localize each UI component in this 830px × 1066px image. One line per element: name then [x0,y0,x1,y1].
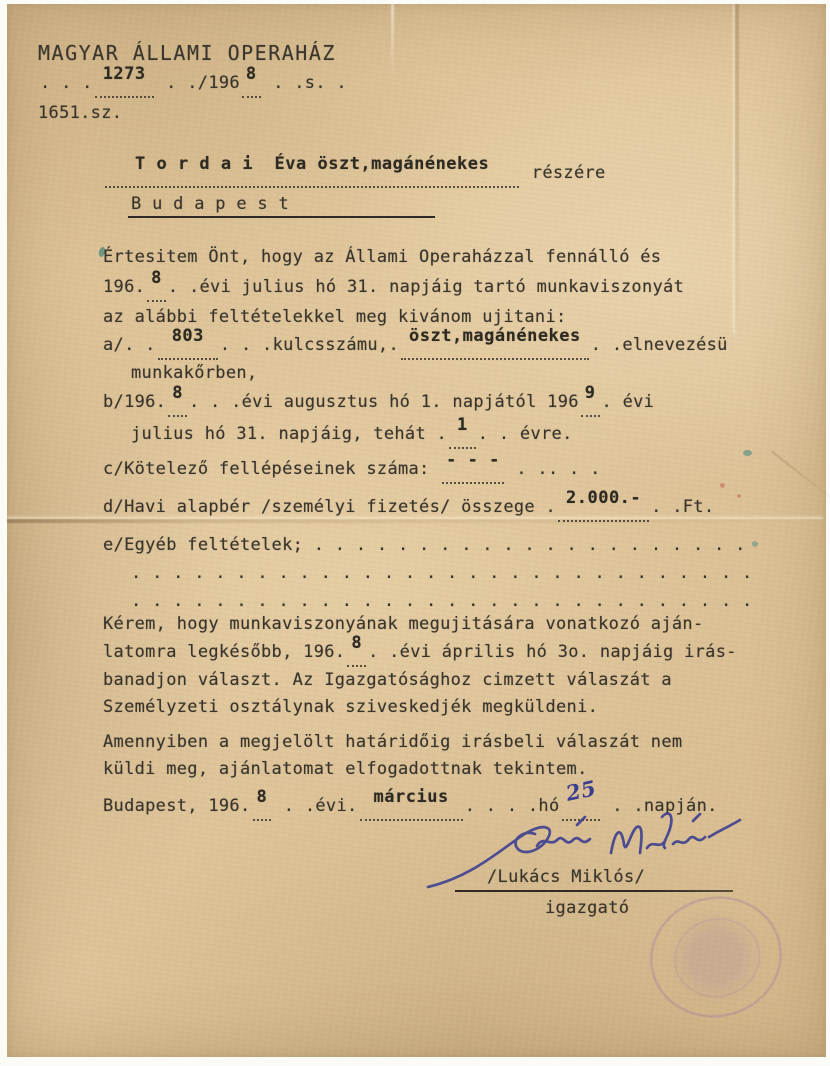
addressee-name: T o r d a i Éva öszt,magánénekes [135,151,489,177]
intro-line-2: 196.8. .évi julius hó 31. napjáig tartó … [103,274,684,302]
dots: . . . [40,73,93,93]
year-digit-fill: 8 [147,274,166,302]
reference-number-fill: 1273 [95,70,154,98]
ref-tail: . .s. . [263,73,347,93]
request-line-3: banadjon választ. Az Igazgatósághoz cimz… [103,667,672,693]
ref-year-prefix: /196 [198,73,240,93]
item-a-line-2: munkakőrben, [131,360,257,386]
typed-signature-name: /Lukács Miklós/ [487,864,645,890]
city-underline [128,216,435,218]
reference-number-line: . . .1273 . ./1968 . .s. . [40,70,347,98]
dots: . . [156,73,198,93]
year-digit-fill: 8 [347,639,366,667]
signature-underline [455,890,733,892]
performances-fill: - - - [442,456,504,484]
years-count-fill: 1 [449,421,476,449]
signature-title: igazgató [545,895,629,921]
dots: . . . . . . . . . . . . . . . . . . . . … [314,535,746,555]
item-d-line: d/Havi alapbér /személyi fizetés/ összeg… [103,494,714,522]
dotted-row: . . . . . . . . . . . . . . . . . . . . … [131,560,753,586]
notice-line-1: Amennyiben a megjelölt határidőig irásbe… [103,729,682,755]
year-digit-fill: 8 [253,793,272,821]
request-line-1: Kérem, hogy munkaviszonyának megujitásár… [103,611,704,637]
round-stamp-inner-ring [666,909,769,1006]
addressee-name-fill: T o r d a i Éva öszt,magánénekes [105,160,519,188]
item-a-line-1: a/. .803. . .kulcsszámu,.öszt,magánéneke… [103,332,728,360]
notice-line-2: küldi meg, ajánlatomat elfogadottnak tek… [103,756,588,782]
addressee-line: T o r d a i Éva öszt,magánénekes részére [103,160,606,188]
year-to-fill: 9 [581,389,600,417]
item-b-line-1: b/196.8. . .évi augusztus hó 1. napjától… [103,389,654,417]
organization-title: MAGYAR ÁLLAMI OPERAHÁZ [38,40,336,66]
request-line-4: Személyzeti osztálynak sziveskedjék megk… [103,694,598,720]
item-e-line: e/Egyéb feltételek; . . . . . . . . . . … [103,532,746,558]
addressee-city: B u d a p e s t [131,191,289,217]
year-from-fill: 8 [168,389,187,417]
file-number: 1651.sz. [38,100,122,126]
key-code-fill: 803 [158,332,218,360]
job-title-fill: öszt,magánénekes [401,332,589,360]
request-line-2: latomra legkésőbb, 196.8. .évi április h… [103,639,737,667]
salary-amount-fill: 2.000.- [558,494,649,522]
ref-year-digit-fill: 8 [242,70,261,98]
item-b-line-2: julius hó 31. napjáig, tehát .1. . évre. [131,421,573,449]
intro-line-1: Értesitem Önt, hogy az Állami Operaházza… [103,244,661,270]
item-c-line: c/Kötelező fellépéseinek száma: - - - . … [103,456,601,484]
reszere-label: részére [521,163,605,183]
